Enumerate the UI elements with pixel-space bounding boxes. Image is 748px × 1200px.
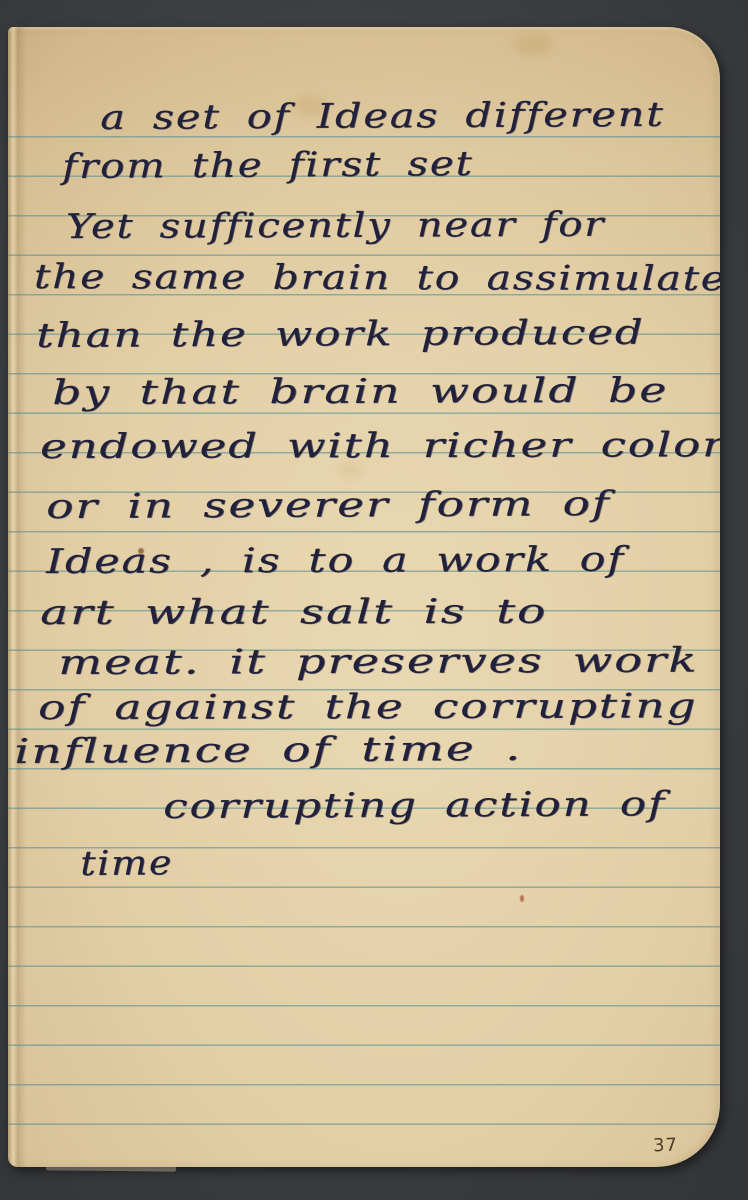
handwriting-block: a set of Ideas different from the first … xyxy=(8,27,720,1167)
handwritten-line-7: endowed with richer color xyxy=(40,428,720,464)
handwritten-line-14: corrupting action of xyxy=(163,787,666,824)
handwritten-line-3: Yet sufficently near for xyxy=(66,208,605,244)
handwritten-line-6: by that brain would be xyxy=(52,374,668,410)
handwritten-line-4: the same brain to assimulate xyxy=(34,260,720,296)
handwritten-line-11: meat. it preserves work xyxy=(58,644,698,680)
page-number: 37 xyxy=(653,1135,679,1157)
handwritten-line-1: a set of Ideas different xyxy=(100,98,665,135)
handwritten-line-15: time xyxy=(80,846,173,881)
notebook-page: a set of Ideas different from the first … xyxy=(8,27,720,1167)
handwritten-line-12: of against the corrupting xyxy=(38,689,697,725)
handwritten-line-8: or in severer form of xyxy=(46,487,611,524)
handwritten-line-2: from the first set xyxy=(62,147,474,184)
handwritten-line-10: art what salt is to xyxy=(40,595,547,630)
handwritten-line-5: than the work produced xyxy=(36,316,645,353)
handwritten-line-9: Ideas , is to a work of xyxy=(46,543,625,579)
handwritten-line-13: influence of time . xyxy=(14,732,522,769)
